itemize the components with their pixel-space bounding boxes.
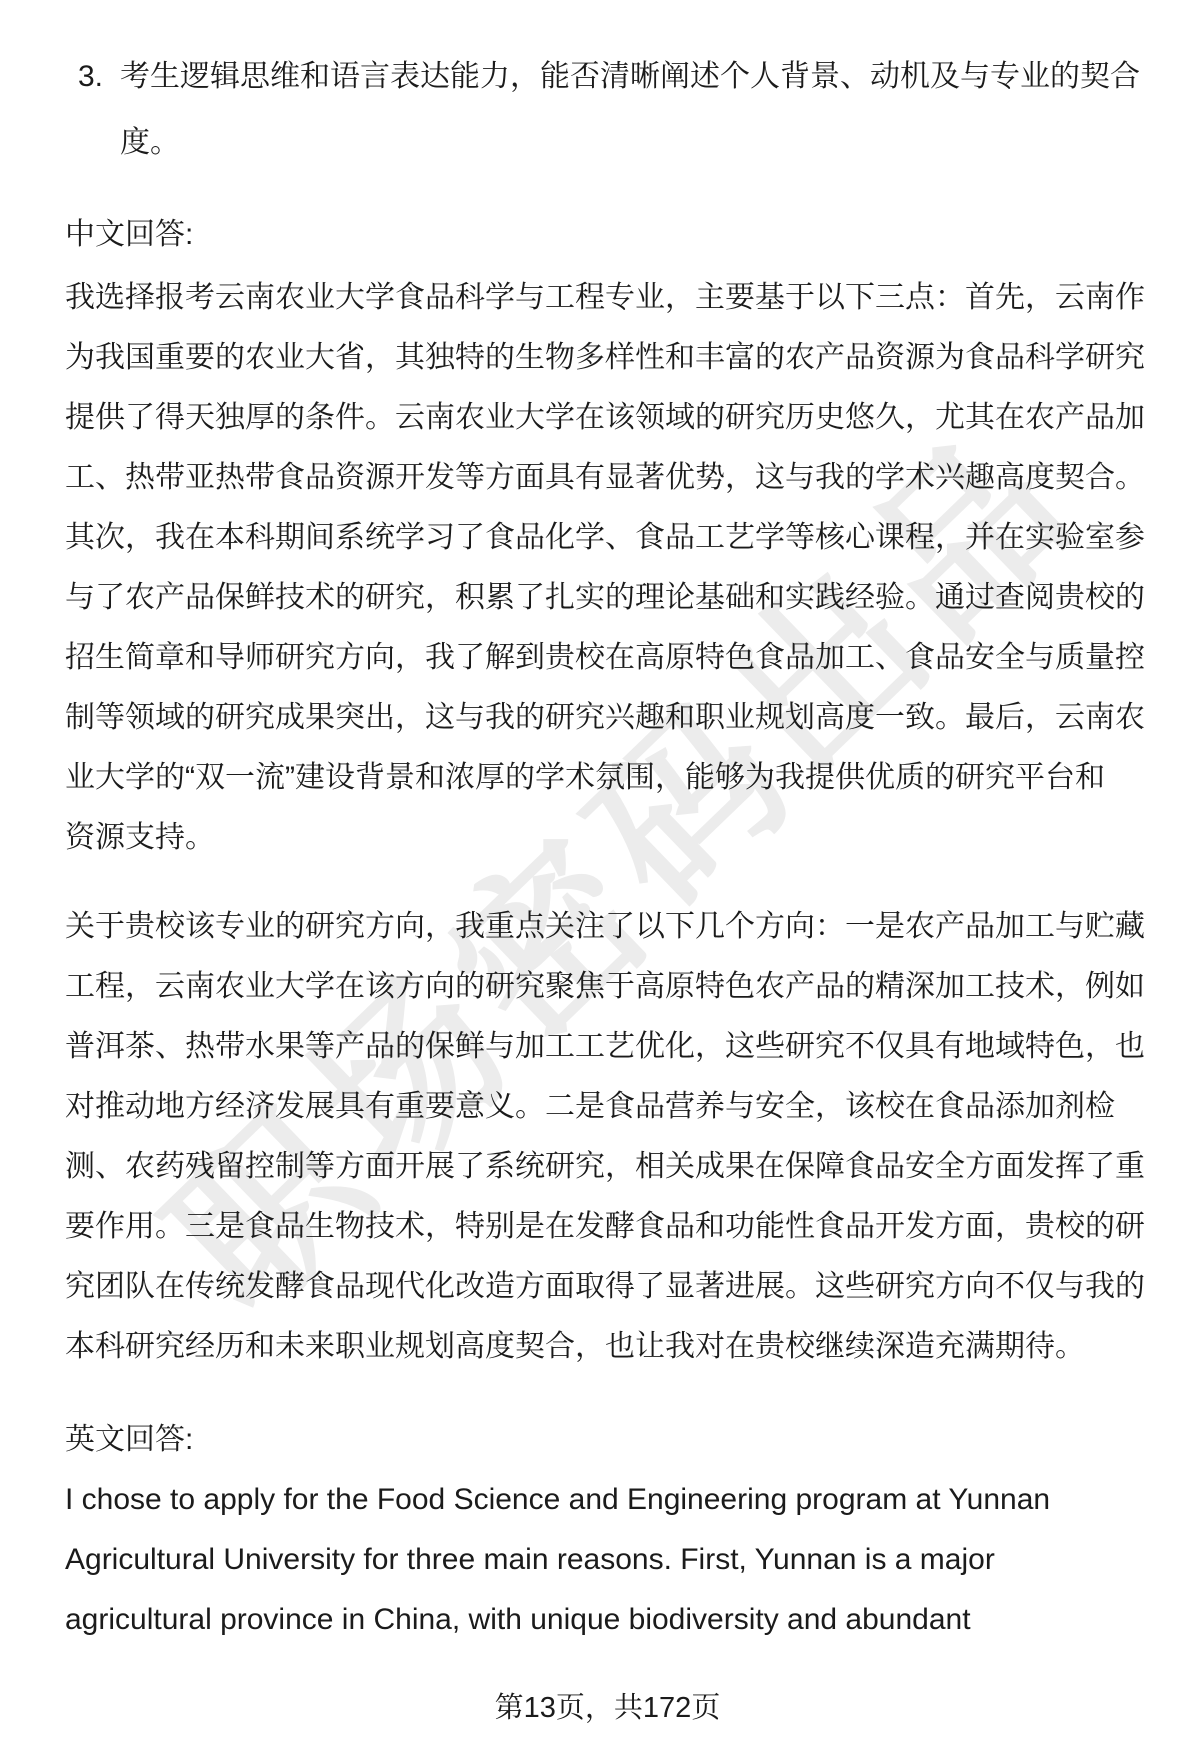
text-line: 普洱茶、热带水果等产品的保鲜与加工工艺优化，这些研究不仅具有地域特色，也 bbox=[65, 1017, 1150, 1077]
page-content: 3. 考生逻辑思维和语言表达能力，能否清晰阐述个人背景、动机及与专业的契合 度。… bbox=[0, 44, 1200, 1738]
text-line: 其次，我在本科期间系统学习了食品化学、食品工艺学等核心课程，并在实验室参 bbox=[65, 508, 1150, 568]
text-line: 为我国重要的农业大省，其独特的生物多样性和丰富的农产品资源为食品科学研究 bbox=[65, 328, 1150, 388]
text-line: 工程，云南农业大学在该方向的研究聚焦于高原特色农产品的精深加工技术，例如 bbox=[65, 957, 1150, 1017]
text-line: 工、热带亚热带食品资源开发等方面具有显著优势，这与我的学术兴趣高度契合。 bbox=[65, 448, 1150, 508]
text-line: 关于贵校该专业的研究方向，我重点关注了以下几个方向：一是农产品加工与贮藏 bbox=[65, 897, 1150, 957]
text-line: 提供了得天独厚的条件。云南农业大学在该领域的研究历史悠久，尤其在农产品加 bbox=[65, 388, 1150, 448]
question-number: 3. bbox=[78, 44, 120, 110]
text-line: 招生简章和导师研究方向，我了解到贵校在高原特色食品加工、食品安全与质量控 bbox=[65, 628, 1150, 688]
chinese-answer-heading: 中文回答: bbox=[65, 205, 1150, 265]
page-number-indicator: 第13页，共172页 bbox=[65, 1678, 1150, 1738]
chinese-answer-paragraph-2: 关于贵校该专业的研究方向，我重点关注了以下几个方向：一是农产品加工与贮藏 工程，… bbox=[65, 897, 1150, 1377]
text-line: 业大学的“双一流”建设背景和浓厚的学术氛围，能够为我提供优质的研究平台和 bbox=[65, 748, 1150, 808]
english-answer-paragraph: I chose to apply for the Food Science an… bbox=[65, 1470, 1150, 1650]
text-line: I chose to apply for the Food Science an… bbox=[65, 1470, 1150, 1530]
english-answer-heading: 英文回答: bbox=[65, 1410, 1150, 1470]
document-page: 职场密码出品 3. 考生逻辑思维和语言表达能力，能否清晰阐述个人背景、动机及与专… bbox=[0, 0, 1200, 1755]
chinese-answer-paragraph-1: 我选择报考云南农业大学食品科学与工程专业，主要基于以下三点：首先，云南作 为我国… bbox=[65, 268, 1150, 868]
text-line: 制等领域的研究成果突出，这与我的研究兴趣和职业规划高度一致。最后，云南农 bbox=[65, 688, 1150, 748]
question-text: 考生逻辑思维和语言表达能力，能否清晰阐述个人背景、动机及与专业的契合 度。 bbox=[120, 44, 1140, 176]
question-item-3: 3. 考生逻辑思维和语言表达能力，能否清晰阐述个人背景、动机及与专业的契合 度。 bbox=[65, 44, 1150, 176]
text-line: 测、农药残留控制等方面开展了系统研究，相关成果在保障食品安全方面发挥了重 bbox=[65, 1137, 1150, 1197]
text-line: 本科研究经历和未来职业规划高度契合，也让我对在贵校继续深造充满期待。 bbox=[65, 1317, 1150, 1377]
text-line: 究团队在传统发酵食品现代化改造方面取得了显著进展。这些研究方向不仅与我的 bbox=[65, 1257, 1150, 1317]
text-line: 我选择报考云南农业大学食品科学与工程专业，主要基于以下三点：首先，云南作 bbox=[65, 268, 1150, 328]
text-line: Agricultural University for three main r… bbox=[65, 1530, 1150, 1590]
text-line: 资源支持。 bbox=[65, 808, 1150, 868]
text-line: 对推动地方经济发展具有重要意义。二是食品营养与安全，该校在食品添加剂检 bbox=[65, 1077, 1150, 1137]
text-line: 与了农产品保鲜技术的研究，积累了扎实的理论基础和实践经验。通过查阅贵校的 bbox=[65, 568, 1150, 628]
text-line: 度。 bbox=[120, 110, 1140, 176]
text-line: 考生逻辑思维和语言表达能力，能否清晰阐述个人背景、动机及与专业的契合 bbox=[120, 44, 1140, 110]
text-line: agricultural province in China, with uni… bbox=[65, 1590, 1150, 1650]
text-line: 要作用。三是食品生物技术，特别是在发酵食品和功能性食品开发方面，贵校的研 bbox=[65, 1197, 1150, 1257]
